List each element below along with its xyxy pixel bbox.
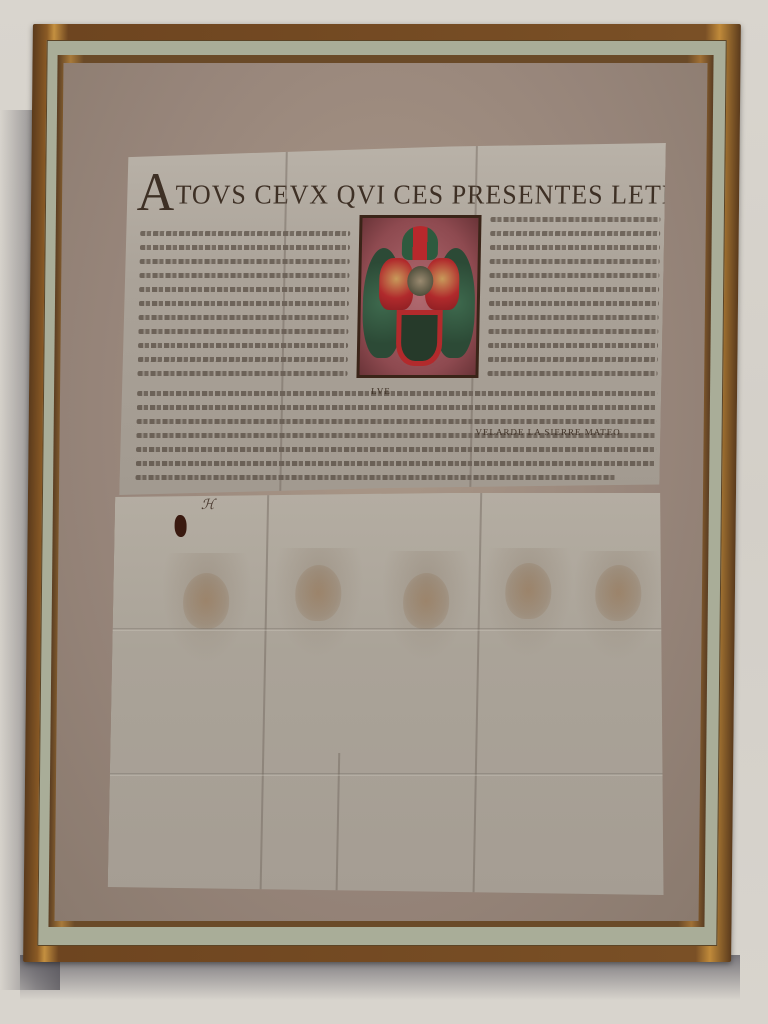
text-line — [138, 357, 348, 362]
crest-plume-icon — [402, 226, 439, 260]
frame-inner-band: ATOVS CEVX QVI CES PRESENTES LETRES — [37, 40, 726, 946]
document-heading: ATOVS CEVX QVI CES PRESENTES LETRES — [137, 172, 668, 214]
ink-stain — [174, 515, 186, 537]
heading-initial: A — [136, 163, 176, 223]
text-line — [140, 231, 350, 236]
text-line — [139, 315, 349, 320]
text-line — [489, 287, 659, 292]
signature-mark: ℋ — [201, 497, 215, 514]
shield-field — [401, 315, 438, 361]
wax-seal-1 — [183, 573, 230, 629]
document-lower-half: ℋ — [108, 493, 672, 895]
text-line — [138, 343, 348, 348]
text-line — [139, 273, 349, 278]
text-line — [490, 231, 660, 236]
text-line — [490, 259, 660, 264]
text-line — [488, 343, 658, 348]
heading-text: TOVS CEVX QVI CES PRESENTES LETRES — [175, 179, 713, 209]
wax-seal-4 — [505, 563, 552, 619]
fold-crease — [473, 493, 483, 895]
wax-seal-5 — [595, 565, 642, 621]
text-line — [136, 461, 656, 466]
text-line — [489, 301, 659, 306]
text-line — [489, 315, 659, 320]
text-line — [490, 245, 660, 250]
text-line — [137, 405, 657, 410]
text-line — [137, 391, 657, 396]
text-line — [488, 357, 658, 362]
text-line — [140, 259, 350, 264]
text-line — [136, 447, 656, 452]
coat-of-arms — [356, 215, 481, 378]
text-line — [488, 329, 658, 334]
text-line — [138, 329, 348, 334]
fold-crease — [110, 773, 666, 776]
shield-icon — [396, 310, 443, 366]
emphasized-text: LVE — [371, 386, 391, 396]
text-line — [135, 475, 615, 480]
text-line — [137, 371, 347, 376]
text-line — [137, 419, 657, 424]
fold-crease — [260, 493, 270, 895]
wax-seal-3 — [403, 573, 450, 629]
matting: ATOVS CEVX QVI CES PRESENTES LETRES — [55, 63, 708, 921]
document-upper-half: ATOVS CEVX QVI CES PRESENTES LETRES — [119, 143, 666, 495]
text-line — [140, 245, 350, 250]
parchment-document: ATOVS CEVX QVI CES PRESENTES LETRES — [108, 143, 678, 895]
text-line — [490, 217, 660, 222]
coat-of-arms-painting — [359, 218, 478, 375]
text-line — [487, 371, 657, 376]
picture-frame: ATOVS CEVX QVI CES PRESENTES LETRES — [23, 24, 741, 962]
fold-crease — [113, 628, 669, 631]
text-line — [139, 287, 349, 292]
frame-inner-molding: ATOVS CEVX QVI CES PRESENTES LETRES — [48, 55, 713, 927]
wax-seal-2 — [295, 565, 342, 621]
text-line — [489, 273, 659, 278]
text-line — [139, 301, 349, 306]
emphasized-text: VELARDE LA SIERRE MATEO — [475, 427, 620, 437]
